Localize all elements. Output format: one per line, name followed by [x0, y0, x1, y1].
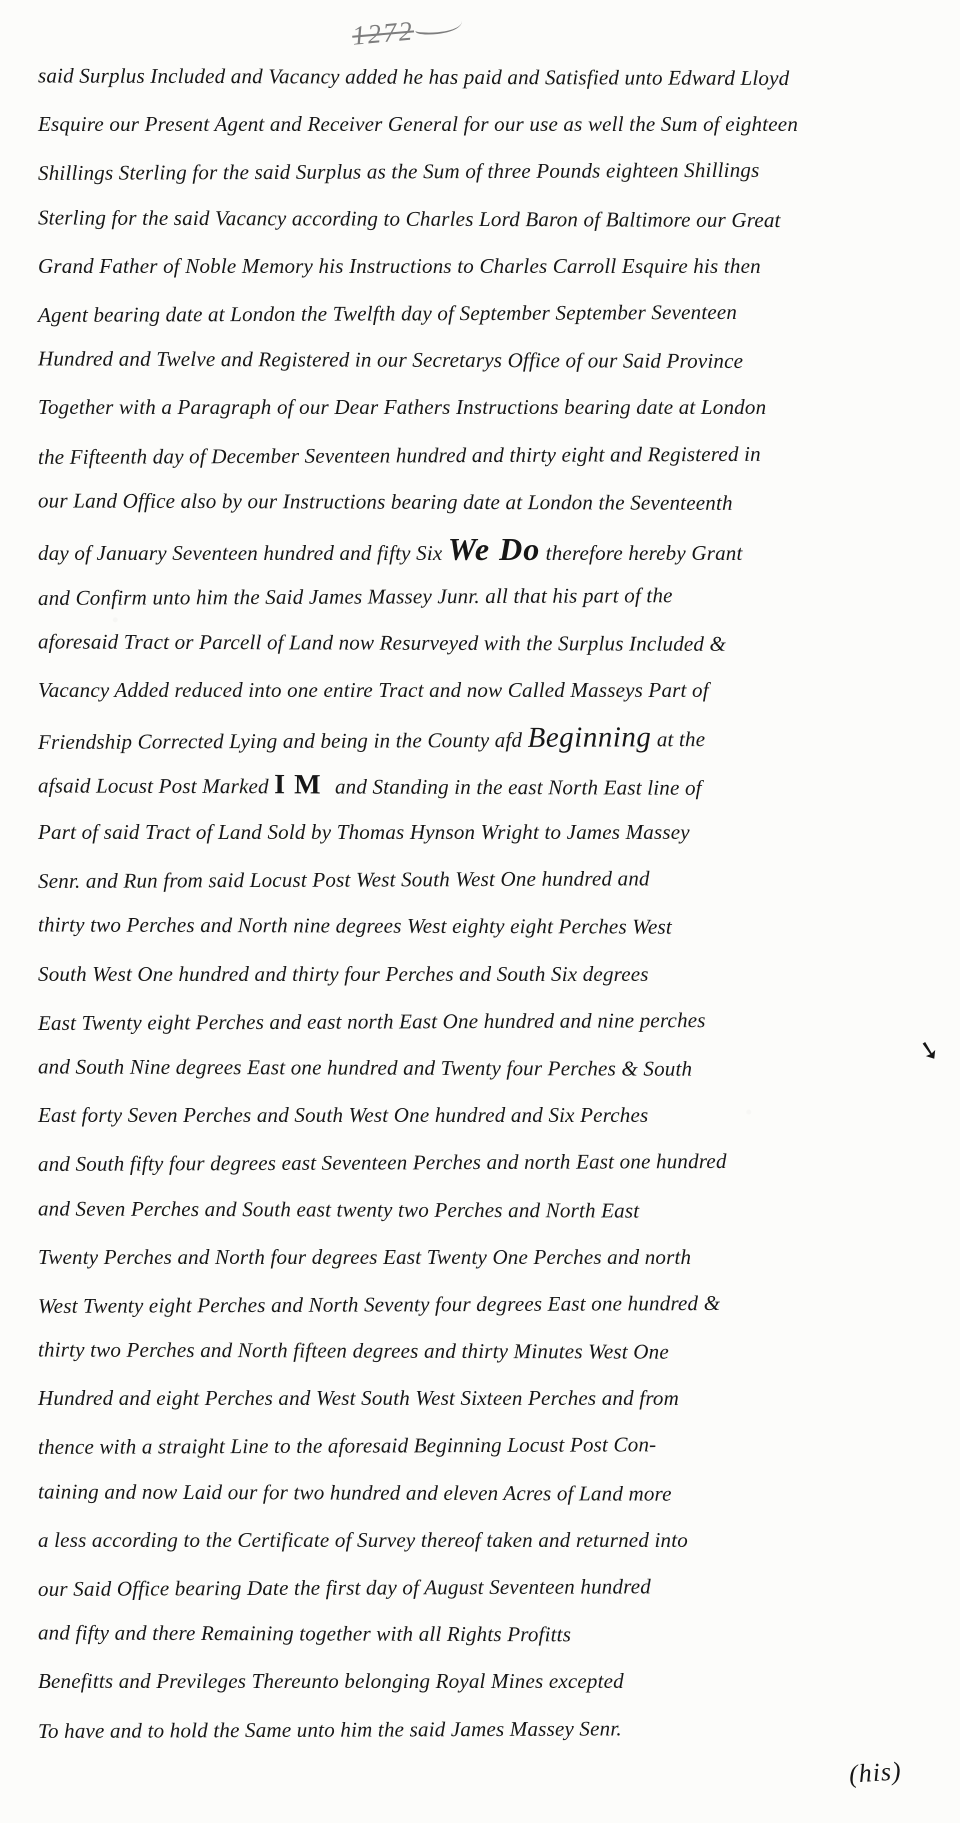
manuscript-line: taining and now Laid our for two hundred… — [38, 1468, 934, 1518]
manuscript-line: East Twenty eight Perches and east north… — [38, 996, 934, 1047]
manuscript-text: Agent bearing date at London the Twelfth… — [38, 300, 737, 327]
manuscript-text: To have and to hold the Same unto him th… — [38, 1716, 622, 1743]
manuscript-text: Benefitts and Previleges Thereunto belon… — [38, 1669, 624, 1693]
manuscript-text: our Land Office also by our Instructions… — [38, 488, 733, 514]
manuscript-text: aforesaid Tract or Parcell of Land now R… — [38, 630, 726, 656]
manuscript-text: and South Nine degrees East one hundred … — [38, 1054, 692, 1080]
manuscript-line: Together with a Paragraph of our Dear Fa… — [38, 384, 934, 431]
manuscript-text: at the — [651, 727, 705, 751]
manuscript-line: and Confirm unto him the Said James Mass… — [38, 571, 934, 622]
manuscript-text: therefore hereby Grant — [540, 541, 742, 565]
manuscript-line: Benefitts and Previleges Thereunto belon… — [38, 1658, 934, 1705]
manuscript-line: Shillings Sterling for the said Surplus … — [38, 146, 934, 197]
manuscript-text: thirty two Perches and North fifteen deg… — [38, 1337, 669, 1363]
his-mark-note: (his) — [848, 1756, 903, 1790]
manuscript-line: Sterling for the said Vacancy according … — [38, 194, 934, 244]
manuscript-line: afsaid Locust Post Marked IM and Standin… — [38, 760, 934, 810]
manuscript-line: Hundred and Twelve and Registered in our… — [38, 336, 934, 386]
manuscript-line: thirty two Perches and North nine degree… — [38, 902, 934, 952]
manuscript-text: thence with a straight Line to the afore… — [38, 1433, 656, 1460]
manuscript-line: thirty two Perches and North fifteen deg… — [38, 1326, 934, 1376]
manuscript-line: To have and to hold the Same unto him th… — [38, 1704, 934, 1755]
manuscript-page: 1272 said Surplus Included and Vacancy a… — [0, 0, 960, 1823]
manuscript-text: taining and now Laid our for two hundred… — [38, 1479, 672, 1505]
manuscript-text: and South fifty four degrees east Sevent… — [38, 1149, 727, 1176]
manuscript-text: East Twenty eight Perches and east north… — [38, 1008, 706, 1035]
manuscript-text: Together with a Paragraph of our Dear Fa… — [38, 395, 766, 419]
manuscript-line: Hundred and eight Perches and West South… — [38, 1375, 934, 1422]
manuscript-text: Part of said Tract of Land Sold by Thoma… — [38, 820, 690, 844]
document-body: said Surplus Included and Vacancy added … — [38, 54, 934, 1753]
manuscript-text: said Surplus Included and Vacancy added … — [38, 63, 789, 90]
manuscript-text: Friendship Corrected Lying and being in … — [38, 727, 528, 753]
manuscript-text: and fifty and there Remaining together w… — [38, 1621, 571, 1647]
manuscript-text: Grand Father of Noble Memory his Instruc… — [38, 254, 761, 278]
manuscript-line: Vacancy Added reduced into one entire Tr… — [38, 667, 934, 714]
manuscript-line: Grand Father of Noble Memory his Instruc… — [38, 243, 934, 290]
manuscript-text: Shillings Sterling for the said Surplus … — [38, 158, 760, 185]
manuscript-text: a less according to the Certificate of S… — [38, 1528, 688, 1552]
manuscript-text: Twenty Perches and North four degrees Ea… — [38, 1245, 691, 1269]
manuscript-line: Twenty Perches and North four degrees Ea… — [38, 1234, 934, 1281]
manuscript-text: Esquire our Present Agent and Receiver G… — [38, 112, 798, 136]
manuscript-line: Senr. and Run from said Locust Post West… — [38, 854, 934, 905]
pen-arrow-icon: ➘ — [915, 1034, 943, 1068]
manuscript-emphasis: We Do — [448, 531, 540, 567]
manuscript-line: a less according to the Certificate of S… — [38, 1517, 934, 1564]
manuscript-line: and Seven Perches and South east twenty … — [38, 1185, 934, 1235]
manuscript-text: and Seven Perches and South east twenty … — [38, 1196, 639, 1222]
manuscript-text: and Confirm unto him the Said James Mass… — [38, 583, 673, 610]
manuscript-line: our Land Office also by our Instructions… — [38, 477, 934, 527]
manuscript-line: Part of said Tract of Land Sold by Thoma… — [38, 809, 934, 856]
manuscript-line: the Fifteenth day of December Seventeen … — [38, 430, 934, 481]
manuscript-emphasis: Beginning — [528, 721, 652, 754]
manuscript-text: Hundred and eight Perches and West South… — [38, 1386, 679, 1410]
manuscript-line: South West One hundred and thirty four P… — [38, 951, 934, 998]
manuscript-line: Esquire our Present Agent and Receiver G… — [38, 101, 934, 148]
manuscript-text: East forty Seven Perches and South West … — [38, 1103, 648, 1127]
manuscript-text: day of January Seventeen hundred and fif… — [38, 541, 448, 565]
manuscript-line: and South Nine degrees East one hundred … — [38, 1043, 934, 1093]
manuscript-text: South West One hundred and thirty four P… — [38, 962, 649, 986]
manuscript-text: the Fifteenth day of December Seventeen … — [38, 441, 761, 468]
manuscript-text: Sterling for the said Vacancy according … — [38, 205, 781, 232]
manuscript-line: Agent bearing date at London the Twelfth… — [38, 288, 934, 339]
manuscript-text: thirty two Perches and North nine degree… — [38, 913, 672, 939]
manuscript-line: our Said Office bearing Date the first d… — [38, 1562, 934, 1613]
manuscript-text: Vacancy Added reduced into one entire Tr… — [38, 678, 709, 702]
manuscript-line: West Twenty eight Perches and North Seve… — [38, 1279, 934, 1330]
manuscript-line: day of January Seventeen hundred and fif… — [38, 526, 934, 573]
manuscript-text: our Said Office bearing Date the first d… — [38, 1574, 651, 1601]
manuscript-line: East forty Seven Perches and South West … — [38, 1092, 934, 1139]
manuscript-line: said Surplus Included and Vacancy added … — [38, 52, 934, 102]
manuscript-line: and South fifty four degrees east Sevent… — [38, 1137, 934, 1188]
manuscript-line: and fifty and there Remaining together w… — [38, 1610, 934, 1660]
manuscript-line: thence with a straight Line to the afore… — [38, 1420, 934, 1471]
manuscript-text: Senr. and Run from said Locust Post West… — [38, 866, 650, 893]
manuscript-text: and Standing in the east North East line… — [329, 774, 701, 799]
manuscript-text: Hundred and Twelve and Registered in our… — [38, 347, 743, 373]
manuscript-line: Friendship Corrected Lying and being in … — [38, 713, 934, 764]
manuscript-text: West Twenty eight Perches and North Seve… — [38, 1291, 720, 1318]
manuscript-line: aforesaid Tract or Parcell of Land now R… — [38, 619, 934, 669]
manuscript-emphasis: IM — [274, 769, 329, 800]
manuscript-text: afsaid Locust Post Marked — [38, 773, 274, 798]
folio-number: 1272 — [351, 11, 463, 51]
